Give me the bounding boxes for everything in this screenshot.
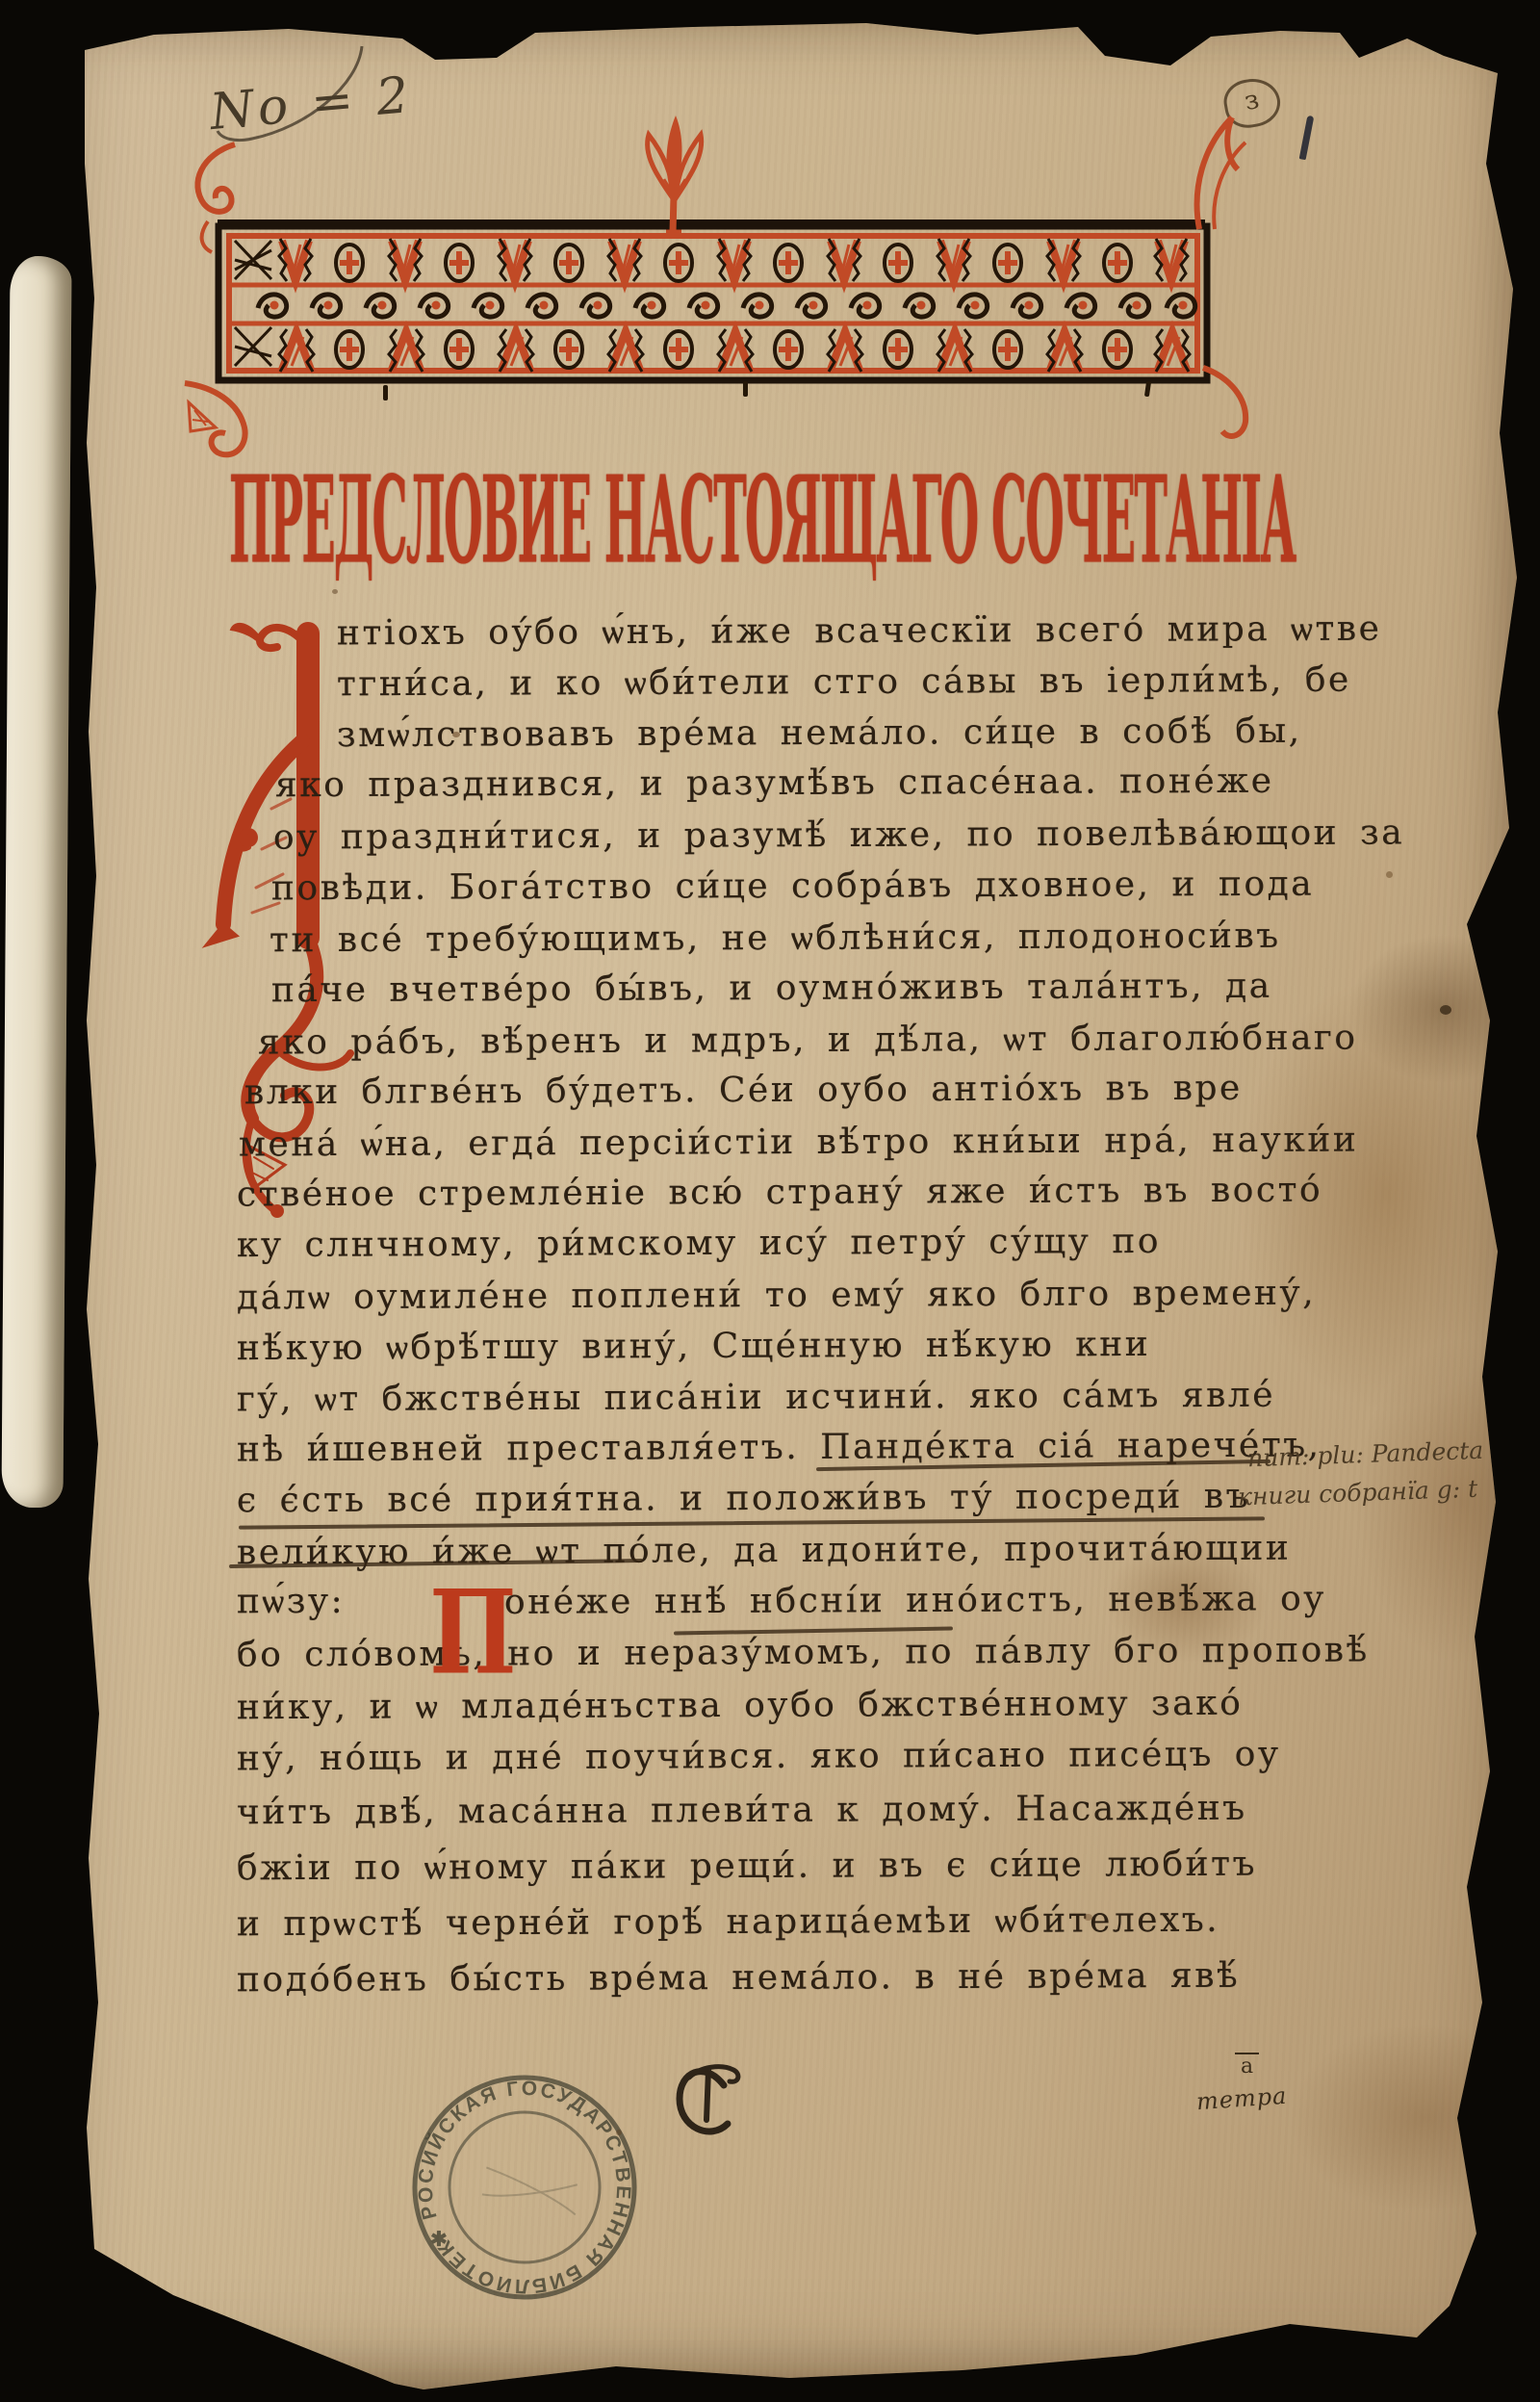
foxing-speck	[616, 2130, 622, 2135]
manuscript-text-line: яко празднився, и разумѣ́въ спасе́наа. п…	[275, 762, 1274, 806]
foxing-speck	[1440, 1005, 1451, 1015]
foxing-speck	[332, 589, 338, 594]
quire-note-superscript: а	[1235, 2053, 1259, 2079]
manuscript-text-line: бжіи по ѡ́ному па́ки рещи́. и въ є си́це…	[237, 1844, 1257, 1889]
manuscript-text-line: пѡ́зу:	[237, 1581, 345, 1621]
foxing-speck	[452, 732, 460, 737]
inline-initial-P: П	[429, 1575, 517, 1691]
manuscript-text-line: ку слнчному, ри́мскому ису́ петру́ су́щу…	[237, 1222, 1161, 1265]
headpiece-ornament	[214, 220, 1213, 388]
manuscript-text-line: повѣди. Бога́тство си́це собра́въ дховно…	[271, 865, 1314, 909]
manuscript-text-line: оу праздни́тися, и разумѣ́ иже, по повел…	[273, 813, 1404, 857]
manuscript-text-line: чи́тъ двѣ́, маса́нна плеви́та к дому́. Н…	[237, 1789, 1247, 1833]
foxing-speck	[1386, 871, 1393, 878]
corner-flourish-top-left	[179, 141, 246, 256]
manuscript-text-line: яко ра́бъ, вѣ́ренъ и мдръ, и дѣ́ла, ѡт б…	[258, 1018, 1358, 1063]
foxing-speck	[1084, 1914, 1092, 1921]
manuscript-photo: No = 2 з	[0, 0, 1540, 2402]
manuscript-text-line: влки блгве́нъ бу́детъ. Се́и оубо антіо́х…	[244, 1069, 1243, 1113]
manuscript-text-line: па́че вчетве́ро бы́въ, и оумно́живъ тала…	[271, 967, 1272, 1011]
fleur-de-lis-finial	[628, 112, 724, 242]
corner-flourish-top-right	[1182, 108, 1259, 233]
manuscript-text-line: оне́же ннѣ́ нбсні́и ино́истъ, невѣ́жа оу	[504, 1579, 1326, 1622]
manuscript-text-line: ну́, но́щь и дне́ поучи́вся. яко пи́сано…	[237, 1735, 1281, 1779]
manuscript-text-line: є є́сть все́ прия́тна. и положи́въ ту́ п…	[237, 1477, 1250, 1521]
manuscript-text-line: подо́бенъ бы́сть вре́ма нема́ло. в не́ в…	[237, 1956, 1240, 2001]
manuscript-text-line: нѣ́кую ѡбрѣ́тшу вину́, Сще́нную нѣ́кую к…	[237, 1324, 1150, 1368]
manuscript-text-line: гу́, ѡт бжстве́ны писа́ніи исчини́. яко …	[237, 1375, 1275, 1420]
headpiece-band	[214, 220, 1213, 388]
manuscript-text-line: змѡ́лствовавъ вре́ма нема́ло. си́це в со…	[337, 710, 1302, 755]
manuscript-text-line: да́лѡ оумиле́не поплени́ то ему́ яко блг…	[237, 1273, 1316, 1318]
scribal-tick	[383, 385, 388, 400]
manuscript-text-line: мена́ ѡ́на, егда́ персіи́стіи вѣ́тро кни…	[239, 1119, 1358, 1164]
facing-page-edge	[1, 256, 71, 1508]
manuscript-text-line: ни́ку, и ѡ младе́нъства оубо бжстве́нном…	[237, 1683, 1244, 1728]
manuscript-text-line: стве́ное стремле́ніе всю́ страну́ яже и́…	[237, 1171, 1322, 1215]
vyaz-title: ПРЕДСЛОВИЕ НАСТОЯЩАГО СОЧЕТАНІА	[229, 449, 1249, 593]
manuscript-text-line: бо сло́вомъ, но и неразу́момъ, по па́влу…	[237, 1630, 1370, 1674]
corner-flourish-bottom-right	[1195, 362, 1263, 444]
manuscript-text-line: тгни́са, и ко ѡби́тели стго са́вы въ іер…	[337, 659, 1351, 705]
manuscript-text-line: ти все́ требу́ющимъ, не ѡблѣни́ся, плодо…	[269, 916, 1281, 961]
vyaz-title-text: ПРЕДСЛОВИЕ НАСТОЯЩАГО СОЧЕТАНІА	[229, 449, 1296, 590]
manuscript-text-line: нтіохъ оу́бо ѡ́нъ, и́же всаческїи всего́…	[337, 608, 1382, 654]
quire-signature-glyph	[670, 2056, 745, 2143]
scribal-tick	[743, 381, 748, 397]
manuscript-text-line: и прѡстѣ́ черне́й горѣ́ нарица́емѣи ѡби́…	[237, 1899, 1219, 1944]
